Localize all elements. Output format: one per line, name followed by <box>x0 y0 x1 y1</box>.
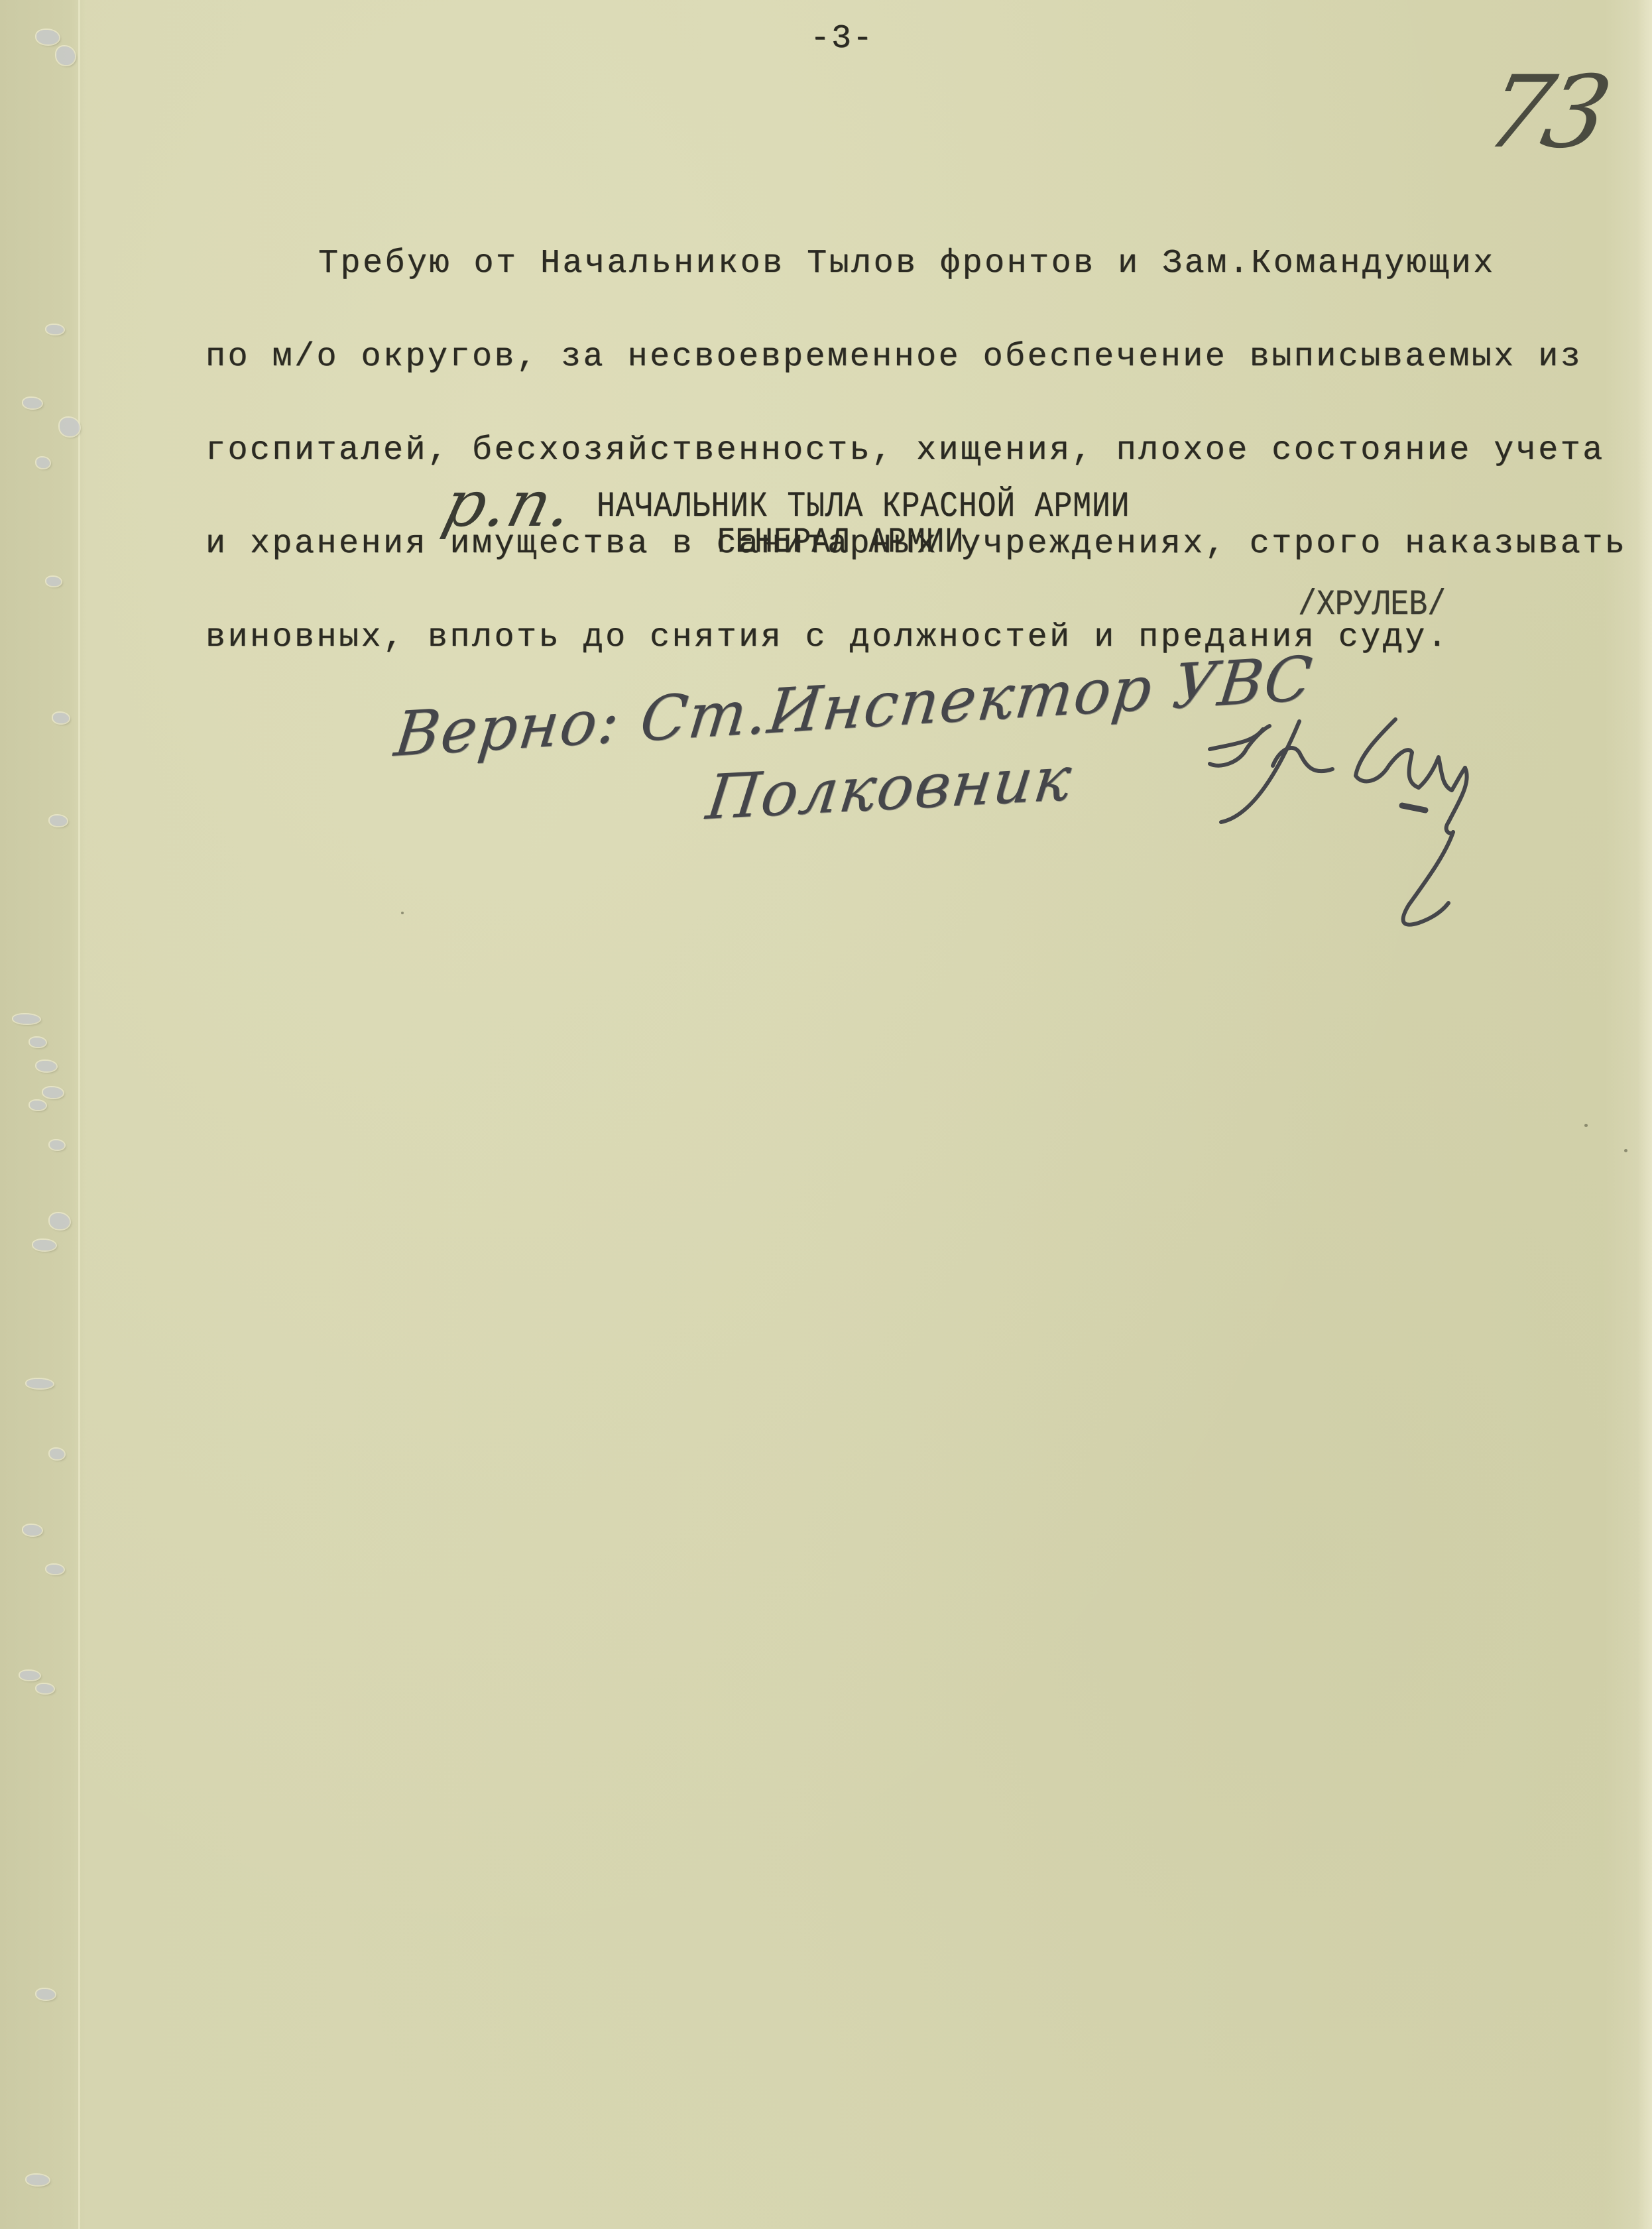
binding-margin <box>0 0 86 2229</box>
body-paragraph: Требую от Начальников Тылов фронтов и За… <box>206 186 1644 715</box>
binding-hole-mark <box>30 1101 46 1110</box>
binding-hole-mark <box>60 418 80 436</box>
body-line: виновных, вплоть до снятия с должностей … <box>206 622 1644 653</box>
certification-rank: Полковник <box>703 743 1076 833</box>
binding-hole-mark <box>46 1565 64 1574</box>
binding-hole-mark <box>36 30 59 44</box>
binding-hole-mark <box>20 1671 40 1680</box>
body-line: по м/о округов, за несвоевременное обесп… <box>206 341 1644 373</box>
paper-speck <box>1584 1124 1588 1127</box>
binding-hole-mark <box>46 325 64 334</box>
original-signed-mark: р.п. <box>438 472 581 536</box>
body-line: Требую от Начальников Тылов фронтов и За… <box>206 248 1644 279</box>
binding-hole-mark <box>36 1989 55 2000</box>
signature-block: НАЧАЛЬНИК ТЫЛА КРАСНОЙ АРМИИ ГЕНЕРАЛ АРМ… <box>597 489 1260 561</box>
binding-hole-mark <box>23 398 42 408</box>
binding-hole-mark <box>36 1684 54 1693</box>
binding-fold-line <box>78 0 80 2229</box>
body-line: госпиталей, бесхозяйственность, хищения,… <box>206 435 1644 466</box>
binding-hole-mark <box>36 1061 56 1071</box>
binding-hole-mark <box>50 1213 70 1229</box>
binding-hole-mark <box>27 1379 53 1388</box>
handwritten-signature-icon <box>1180 716 1511 955</box>
binding-hole-mark <box>23 1525 42 1536</box>
binding-hole-mark <box>36 457 50 468</box>
page-number: -3- <box>802 20 882 58</box>
signer-rank: ГЕНЕРАЛ АРМИИ <box>597 525 1167 561</box>
paper-speck <box>401 912 404 914</box>
binding-hole-mark <box>27 2175 49 2185</box>
signer-name: /ХРУЛЕВ/ <box>1298 587 1446 623</box>
signer-title: НАЧАЛЬНИК ТЫЛА КРАСНОЙ АРМИИ <box>597 489 1167 525</box>
document-page: -3- 73 Требую от Начальников Тылов фронт… <box>0 0 1652 2229</box>
folio-number: 73 <box>1478 63 1612 162</box>
binding-hole-mark <box>56 46 75 65</box>
binding-hole-mark <box>46 577 61 586</box>
binding-hole-mark <box>43 1087 63 1098</box>
binding-hole-mark <box>33 1240 56 1250</box>
binding-hole-mark <box>50 1449 64 1459</box>
binding-hole-mark <box>30 1038 46 1047</box>
binding-hole-mark <box>13 1014 40 1024</box>
paper-speck <box>1624 1149 1627 1152</box>
binding-hole-mark <box>53 713 69 723</box>
binding-hole-mark <box>50 815 67 826</box>
binding-hole-mark <box>50 1140 64 1150</box>
